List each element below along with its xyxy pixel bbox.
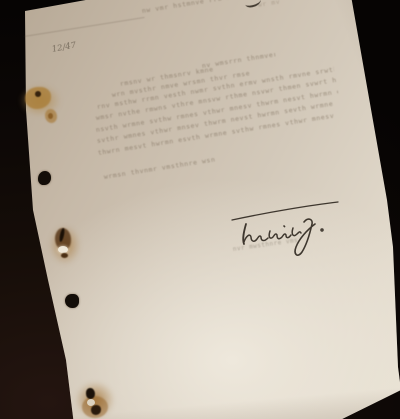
punch-hole-upper bbox=[38, 171, 51, 185]
metal-glint bbox=[58, 246, 68, 253]
document-photo: nw vmr hstmnve rrw mnsl wr mv 12/47 nv w… bbox=[0, 0, 400, 419]
signature bbox=[224, 193, 356, 269]
stain-dark-spot bbox=[35, 91, 41, 97]
signature-period bbox=[321, 229, 323, 231]
stain-dark-spot bbox=[86, 388, 95, 399]
punch-hole-lower bbox=[65, 294, 79, 308]
signature-overline bbox=[232, 202, 338, 220]
